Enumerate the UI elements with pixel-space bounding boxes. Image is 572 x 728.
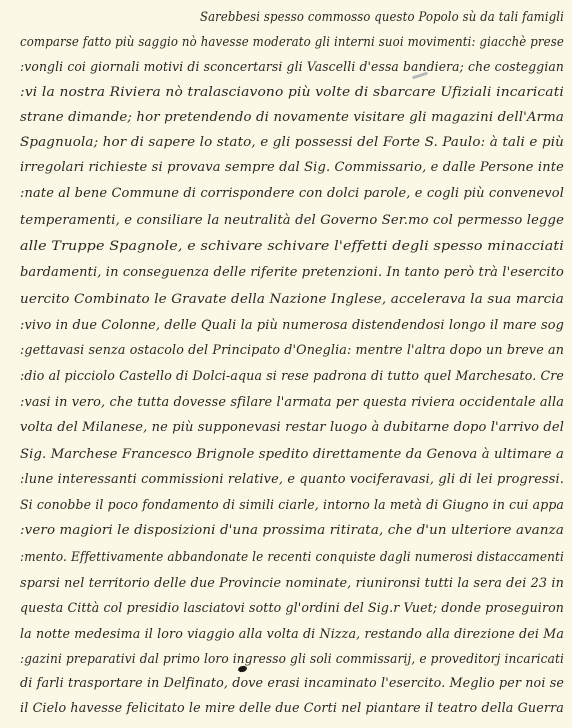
manuscript-line: :nate al bene Commune di corrispondere c…	[20, 182, 572, 206]
manuscript-line: irregolari richieste si provava sempre d…	[20, 156, 572, 180]
manuscript-line: :gazini preparativi dal primo loro ingre…	[20, 648, 572, 672]
manuscript-line-text: comparse fatto più saggio nò havesse mod…	[20, 31, 564, 55]
manuscript-line-text: il Cielo havesse felicitato le mire dell…	[20, 697, 564, 721]
manuscript-line: comparse fatto più saggio nò havesse mod…	[20, 31, 572, 55]
manuscript-line: bardamenti, in conseguenza delle riferit…	[20, 261, 572, 285]
manuscript-line: il Cielo havesse felicitato le mire dell…	[20, 697, 572, 721]
manuscript-line-text: Sarebbesi spesso commosso questo Popolo …	[200, 6, 564, 30]
manuscript-line: sparsi nel territorio delle due Provinci…	[20, 572, 572, 596]
manuscript-line: Sarebbesi spesso commosso questo Popolo …	[200, 6, 572, 30]
manuscript-line-text: questa Città col presidio lasciatovi sot…	[20, 597, 564, 621]
manuscript-line-text: :gettavasi senza ostacolo del Principato…	[20, 339, 564, 363]
manuscript-line-text: di farli trasportare in Delfinato, dove …	[20, 672, 564, 696]
manuscript-line: strane dimande; hor pretendendo di novam…	[20, 106, 572, 130]
manuscript-line: questa Città col presidio lasciatovi sot…	[20, 597, 572, 621]
manuscript-line: :vongli coi giornali motivi di sconcerta…	[20, 56, 572, 80]
manuscript-line: volta del Milanese, ne più supponevasi r…	[20, 416, 572, 440]
manuscript-line-text: :dio al picciolo Castello di Dolci-aqua …	[20, 365, 564, 389]
manuscript-line: Sig. Marchese Francesco Brignole spedito…	[20, 443, 572, 467]
manuscript-line: uercito Combinato le Gravate della Nazio…	[20, 288, 572, 312]
manuscript-line-text: uercito Combinato le Gravate della Nazio…	[20, 288, 564, 312]
manuscript-line-text: irregolari richieste si provava sempre d…	[20, 156, 564, 180]
manuscript-line-text: sparsi nel territorio delle due Provinci…	[20, 572, 564, 596]
manuscript-line: Spagnuola; hor di sapere lo stato, e gli…	[20, 131, 572, 155]
manuscript-line-text: Spagnuola; hor di sapere lo stato, e gli…	[20, 131, 564, 155]
manuscript-line: :dio al picciolo Castello di Dolci-aqua …	[20, 365, 572, 389]
manuscript-line: :vivo in due Colonne, delle Quali la più…	[20, 314, 572, 338]
manuscript-line: :lune interessanti commissioni relative,…	[20, 468, 572, 492]
manuscript-line-text: :lune interessanti commissioni relative,…	[20, 468, 564, 492]
manuscript-line: :vi la nostra Riviera nò tralasciavono p…	[20, 81, 572, 105]
manuscript-line: :vasi in vero, che tutta dovesse sfilare…	[20, 391, 572, 415]
manuscript-line-text: :mento. Effettivamente abbandonate le re…	[20, 546, 564, 570]
manuscript-line: :gettavasi senza ostacolo del Principato…	[20, 339, 572, 363]
manuscript-line-text: la notte medesima il loro viaggio alla v…	[20, 623, 564, 647]
manuscript-page: Sarebbesi spesso commosso questo Popolo …	[0, 0, 572, 728]
manuscript-line-text: :nate al bene Commune di corrispondere c…	[20, 182, 564, 206]
manuscript-line-text: Si conobbe il poco fondamento di simili …	[20, 494, 564, 518]
manuscript-line-text: Sig. Marchese Francesco Brignole spedito…	[20, 443, 564, 467]
manuscript-line-text: volta del Milanese, ne più supponevasi r…	[20, 416, 564, 440]
manuscript-line: :vero magiori le disposizioni d'una pros…	[20, 519, 572, 543]
manuscript-line: alle Truppe Spagnole, e schivare schivar…	[20, 235, 572, 259]
manuscript-line-text: :vero magiori le disposizioni d'una pros…	[20, 519, 564, 543]
manuscript-line-text: alle Truppe Spagnole, e schivare schivar…	[20, 235, 564, 259]
manuscript-line-text: temperamenti, e consiliare la neutralità…	[20, 209, 564, 233]
manuscript-line-text: :gazini preparativi dal primo loro ingre…	[20, 648, 564, 672]
manuscript-line-text: strane dimande; hor pretendendo di novam…	[20, 106, 564, 130]
manuscript-line-text: bardamenti, in conseguenza delle riferit…	[20, 261, 564, 285]
manuscript-line: Si conobbe il poco fondamento di simili …	[20, 494, 572, 518]
manuscript-line: di farli trasportare in Delfinato, dove …	[20, 672, 572, 696]
manuscript-line-text: :vivo in due Colonne, delle Quali la più…	[20, 314, 564, 338]
manuscript-line: temperamenti, e consiliare la neutralità…	[20, 209, 572, 233]
manuscript-line-text: :vasi in vero, che tutta dovesse sfilare…	[20, 391, 564, 415]
manuscript-line-text: :vongli coi giornali motivi di sconcerta…	[20, 56, 564, 80]
manuscript-line: la notte medesima il loro viaggio alla v…	[20, 623, 572, 647]
manuscript-line-text: :vi la nostra Riviera nò tralasciavono p…	[20, 81, 564, 105]
manuscript-line: :mento. Effettivamente abbandonate le re…	[20, 546, 572, 570]
